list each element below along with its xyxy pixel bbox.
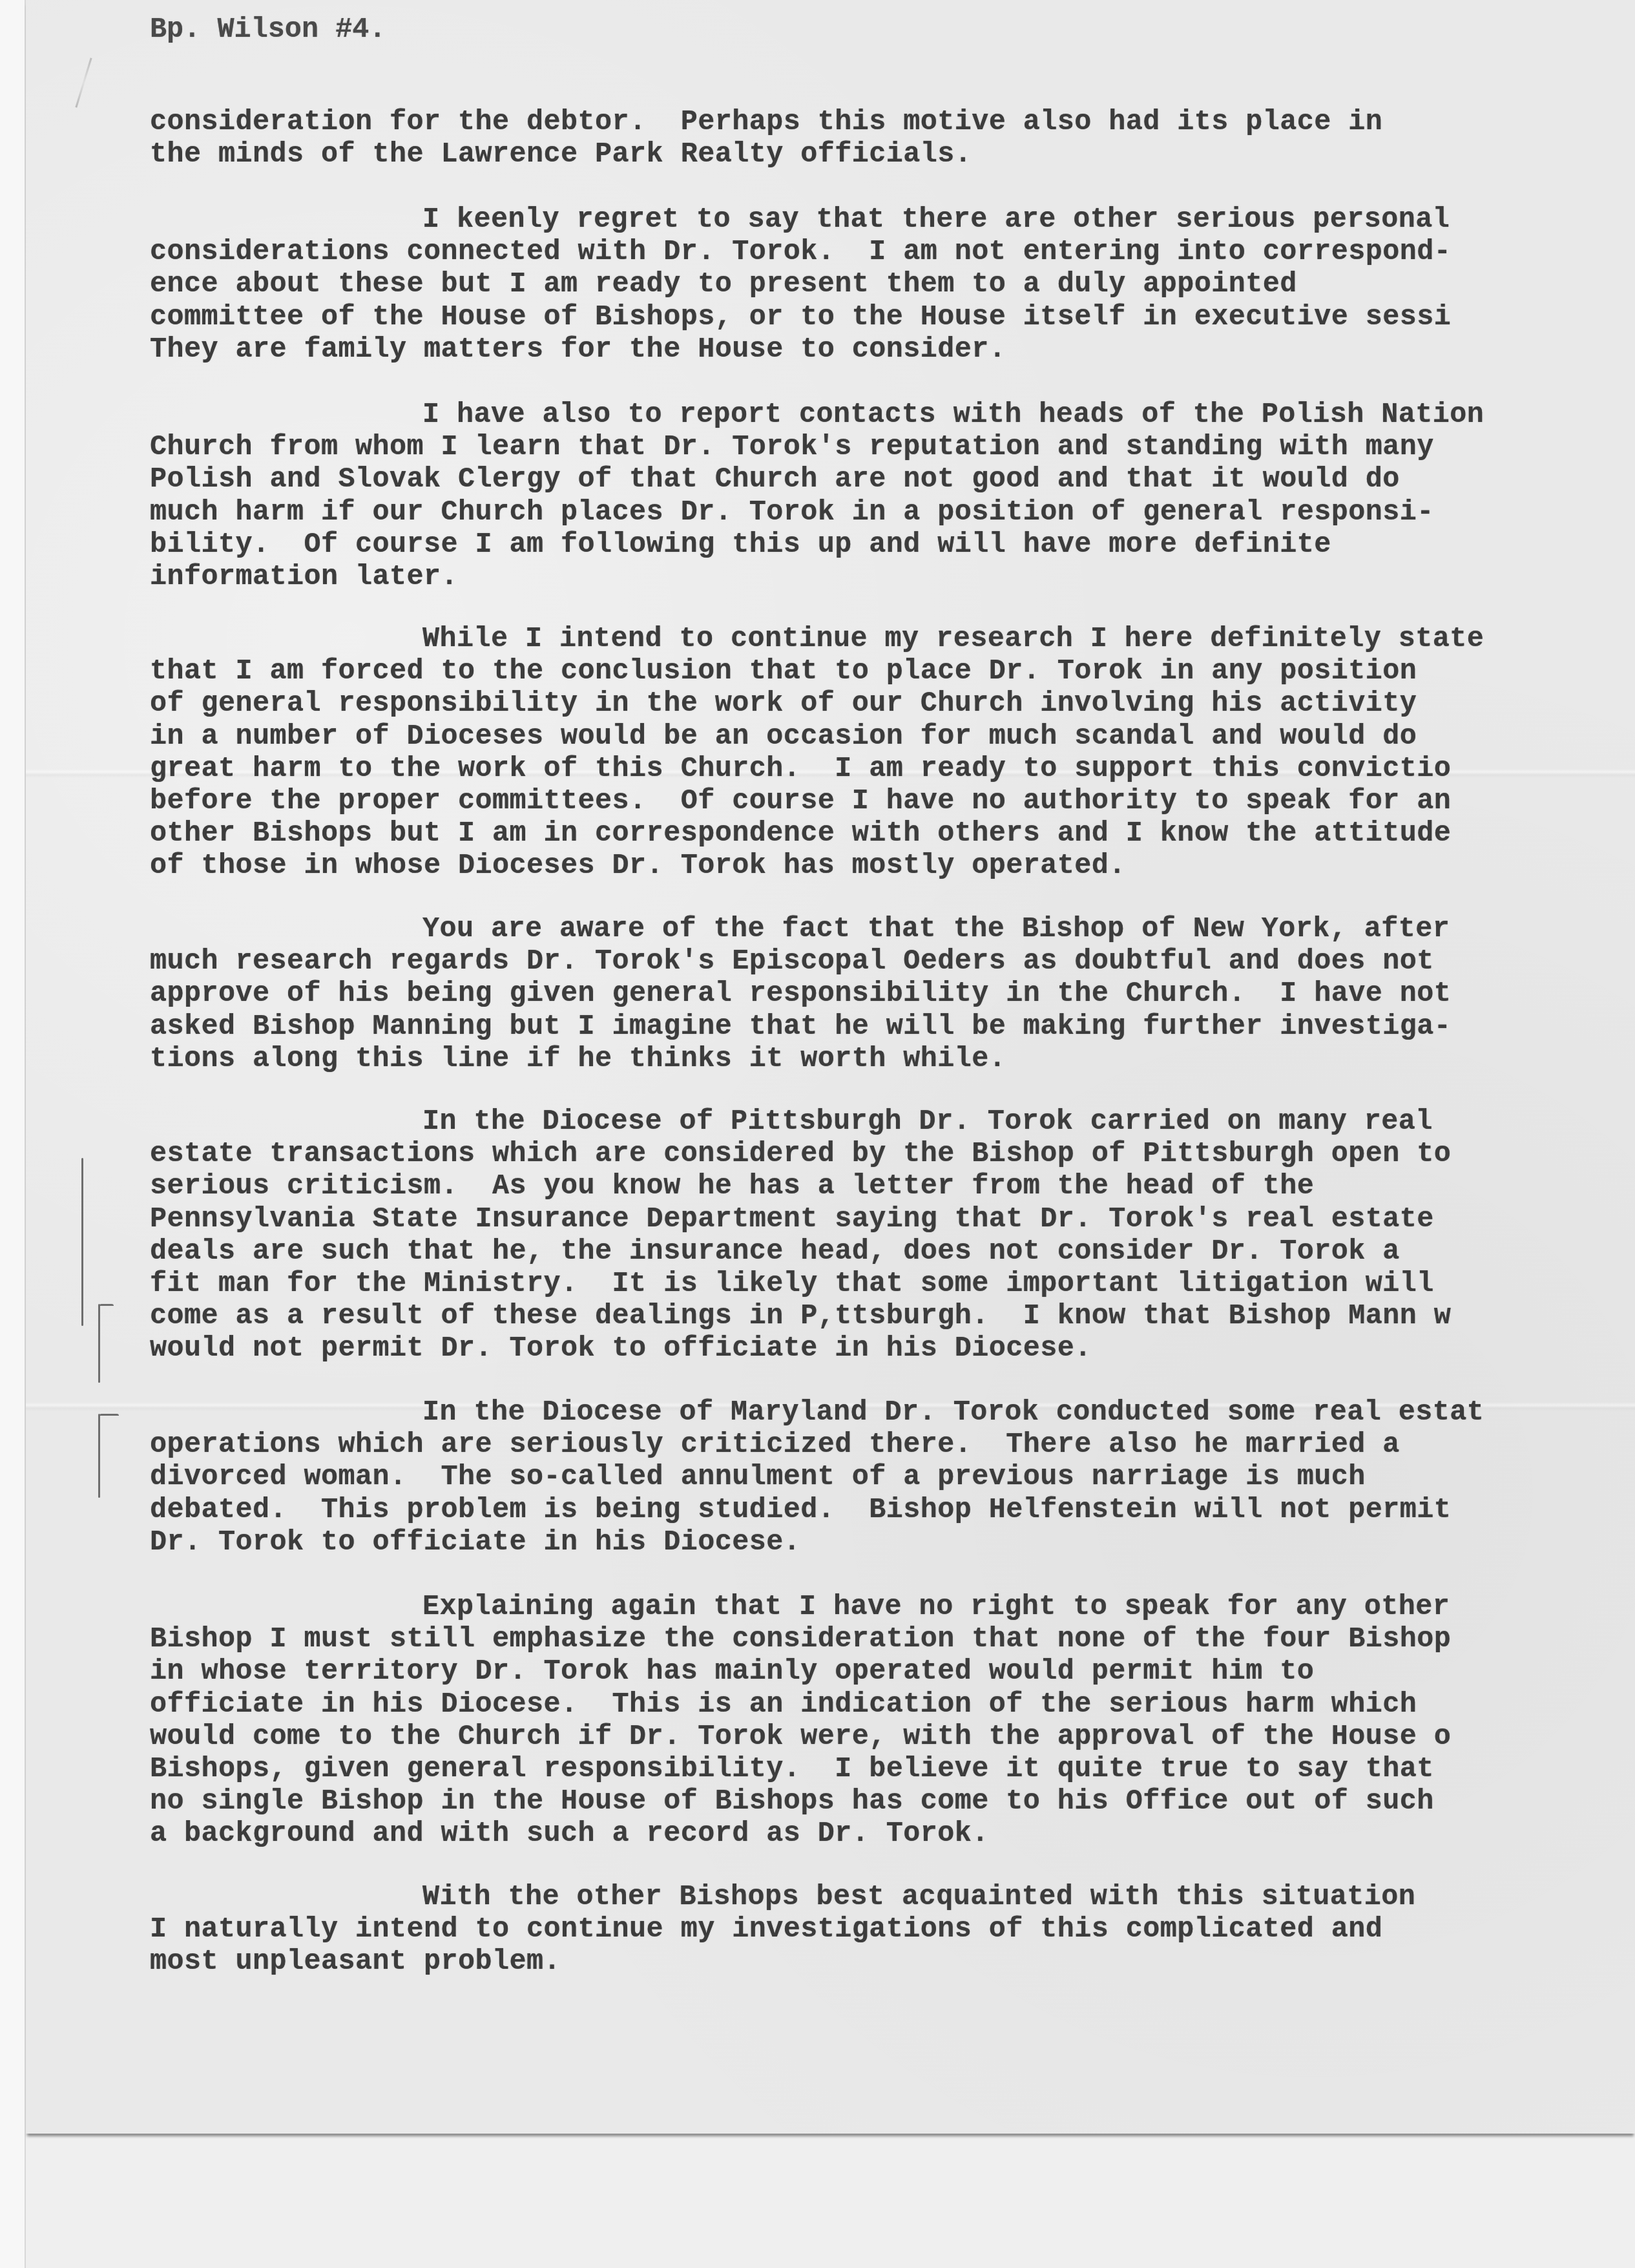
text-line: In the Diocese of Pittsburgh Dr. Torok c… [150,1106,1451,1139]
paragraph-bishop-new-york: You are aware of the fact that the Bisho… [150,914,1451,1076]
paragraph-debtor: consideration for the debtor. Perhaps th… [150,107,1382,171]
text-line: much harm if our Church places Dr. Torok… [150,497,1484,529]
pencil-margin-mark [98,1304,100,1383]
text-line: committee of the House of Bishops, or to… [150,302,1451,334]
text-line: Polish and Slovak Clergy of that Church … [150,464,1484,496]
text-line: They are family matters for the House to… [150,334,1451,366]
text-line: serious criticism. As you know he has a … [150,1171,1451,1203]
text-line: operations which are seriously criticize… [150,1429,1484,1462]
typewritten-page: Bp. Wilson #4. consideration for the deb… [26,0,1635,2134]
paragraph-personal-considerations: I keenly regret to say that there are ot… [150,204,1451,366]
paragraph-closing: With the other Bishops best acquainted w… [150,1882,1415,1979]
text-line: much research regards Dr. Torok's Episco… [150,946,1451,978]
text-line: deals are such that he, the insurance he… [150,1236,1451,1268]
staple-scratch-mark [75,58,92,107]
paragraph-explaining: Explaining again that I have no right to… [150,1591,1451,1851]
text-line: estate transactions which are considered… [150,1139,1451,1171]
text-line: Explaining again that I have no right to… [150,1591,1451,1624]
paragraph-maryland: In the Diocese of Maryland Dr. Torok con… [150,1397,1484,1559]
text-line: I have also to report contacts with head… [150,399,1484,432]
text-line: Bishops, given general responsibility. I… [150,1754,1451,1786]
text-line: divorced woman. The so-called annulment … [150,1462,1484,1494]
text-line: before the proper committees. Of course … [150,786,1484,818]
text-line: other Bishops but I am in correspondence… [150,818,1484,850]
text-line: ence about these but I am ready to prese… [150,269,1451,301]
pencil-margin-hook [99,1414,119,1416]
text-line: in a number of Dioceses would be an occa… [150,721,1484,753]
text-line: fit man for the Ministry. It is likely t… [150,1268,1451,1301]
text-line: no single Bishop in the House of Bishops… [150,1786,1451,1818]
text-line: Bishop I must still emphasize the consid… [150,1624,1451,1656]
text-line: great harm to the work of this Church. I… [150,753,1484,786]
text-line: the minds of the Lawrence Park Realty of… [150,139,1382,171]
text-line: of those in whose Dioceses Dr. Torok has… [150,850,1484,883]
text-line: would not permit Dr. Torok to officiate … [150,1333,1451,1365]
text-line: You are aware of the fact that the Bisho… [150,914,1451,946]
text-line: asked Bishop Manning but I imagine that … [150,1011,1451,1044]
text-line: tions along this line if he thinks it wo… [150,1044,1451,1076]
text-line: a background and with such a record as D… [150,1818,1451,1851]
text-line: consideration for the debtor. Perhaps th… [150,107,1382,139]
text-line: would come to the Church if Dr. Torok we… [150,1721,1451,1754]
text-line: bility. Of course I am following this up… [150,529,1484,562]
scanner-edge [0,0,26,2268]
text-line: considerations connected with Dr. Torok.… [150,236,1451,269]
paragraph-polish-national-church: I have also to report contacts with head… [150,399,1484,594]
text-line: With the other Bishops best acquainted w… [150,1882,1415,1914]
text-line: officiate in his Diocese. This is an ind… [150,1689,1451,1721]
text-line: that I am forced to the conclusion that … [150,656,1484,688]
text-line: in whose territory Dr. Torok has mainly … [150,1656,1451,1688]
text-line: In the Diocese of Maryland Dr. Torok con… [150,1397,1484,1429]
text-line: debated. This problem is being studied. … [150,1495,1484,1527]
letter-body: consideration for the debtor. Perhaps th… [150,0,1635,348]
pencil-margin-mark [81,1158,83,1326]
text-line: most unpleasant problem. [150,1946,1415,1979]
pencil-margin-hook [99,1304,114,1306]
text-line: Church from whom I learn that Dr. Torok'… [150,432,1484,464]
text-line: Pennsylvania State Insurance Department … [150,1204,1451,1236]
text-line: of general responsibility in the work of… [150,688,1484,720]
paragraph-research-conclusion: While I intend to continue my research I… [150,624,1484,883]
pencil-margin-mark [98,1414,100,1498]
paragraph-pittsburgh: In the Diocese of Pittsburgh Dr. Torok c… [150,1106,1451,1366]
text-line: information later. [150,562,1484,594]
text-line: I keenly regret to say that there are ot… [150,204,1451,236]
text-line: I naturally intend to continue my invest… [150,1914,1415,1946]
text-line: While I intend to continue my research I… [150,624,1484,656]
text-line: Dr. Torok to officiate in his Diocese. [150,1527,1484,1559]
text-line: come as a result of these dealings in P,… [150,1301,1451,1333]
text-line: approve of his being given general respo… [150,978,1451,1011]
